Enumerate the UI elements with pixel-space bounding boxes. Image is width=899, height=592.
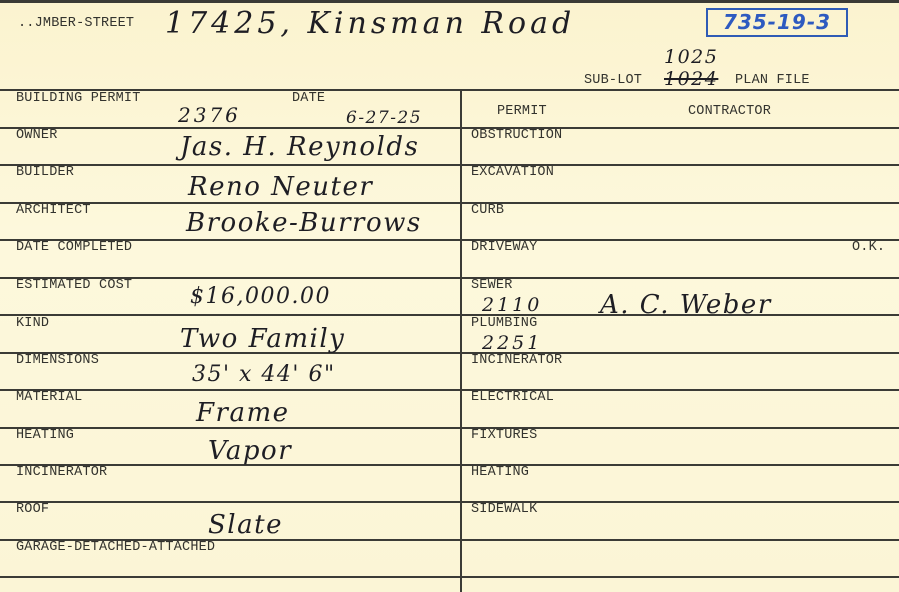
estimated-cost-value: $16,000.00: [190, 284, 331, 309]
heating-permit-label: HEATING: [471, 465, 529, 480]
driveway-label: DRIVEWAY: [471, 240, 537, 255]
driveway-contractor: O.K.: [852, 240, 885, 255]
curb-label: CURB: [471, 203, 504, 218]
building-permit-value: 2376: [178, 103, 241, 127]
material-value: Frame: [196, 398, 290, 428]
roof-value: Slate: [208, 510, 283, 540]
permit-card: ..JMBER-STREET 17425, Kinsman Road 735-1…: [0, 0, 899, 592]
card-top-edge: [0, 0, 899, 3]
divider: [0, 164, 899, 166]
fixtures-label: FIXTURES: [471, 428, 537, 443]
kind-value: Two Family: [180, 324, 345, 354]
architect-label: ARCHITECT: [16, 203, 91, 218]
date-label: DATE: [292, 91, 325, 106]
plan-file-label: PLAN FILE: [735, 73, 810, 88]
divider: [0, 464, 899, 466]
incinerator-permit-label: INCINERATOR: [471, 353, 562, 368]
kind-label: KIND: [16, 316, 49, 331]
divider: [0, 277, 899, 279]
building-permit-label: BUILDING PERMIT: [16, 91, 141, 106]
address-value: 17425, Kinsman Road: [165, 6, 575, 41]
sewer-contractor: A. C. Weber: [600, 290, 772, 320]
builder-value: Reno Neuter: [188, 172, 373, 202]
estimated-cost-label: ESTIMATED COST: [16, 278, 132, 293]
electrical-label: ELECTRICAL: [471, 390, 554, 405]
dimensions-label: DIMENSIONS: [16, 353, 99, 368]
plumbing-label: PLUMBING: [471, 316, 537, 331]
obstruction-label: OBSTRUCTION: [471, 128, 562, 143]
heating-value: Vapor: [208, 436, 292, 466]
divider: [0, 202, 899, 204]
sewer-permit-value: 2110: [482, 294, 542, 316]
date-value: 6-27-25: [346, 108, 422, 128]
divider: [0, 127, 899, 129]
plumbing-permit-value: 2251: [482, 332, 542, 354]
garage-label: GARAGE-DETACHED-ATTACHED: [16, 540, 215, 555]
sublot-label: SUB-LOT: [584, 73, 642, 88]
excavation-label: EXCAVATION: [471, 165, 554, 180]
divider: [0, 427, 899, 429]
builder-label: BUILDER: [16, 165, 74, 180]
permit-header: PERMIT: [497, 104, 547, 119]
roof-label: ROOF: [16, 502, 49, 517]
file-number-stamp: 735-19-3: [706, 8, 848, 37]
architect-value: Brooke-Burrows: [186, 208, 422, 238]
dimensions-value: 35' x 44' 6": [192, 362, 336, 387]
contractor-header: CONTRACTOR: [688, 104, 771, 119]
divider: [0, 576, 899, 578]
incinerator-label: INCINERATOR: [16, 465, 107, 480]
owner-label: OWNER: [16, 128, 58, 143]
divider: [0, 501, 899, 503]
owner-value: Jas. H. Reynolds: [180, 132, 419, 162]
heating-label: HEATING: [16, 428, 74, 443]
divider: [0, 389, 899, 391]
material-label: MATERIAL: [16, 390, 82, 405]
divider: [0, 352, 899, 354]
sewer-label: SEWER: [471, 278, 513, 293]
sublot-value: 1025: [664, 46, 718, 68]
sublot-crossed-value: 1024: [664, 68, 718, 90]
date-completed-label: DATE COMPLETED: [16, 240, 132, 255]
divider: [0, 239, 899, 241]
number-street-label: ..JMBER-STREET: [18, 16, 134, 31]
sidewalk-label: SIDEWALK: [471, 502, 537, 517]
